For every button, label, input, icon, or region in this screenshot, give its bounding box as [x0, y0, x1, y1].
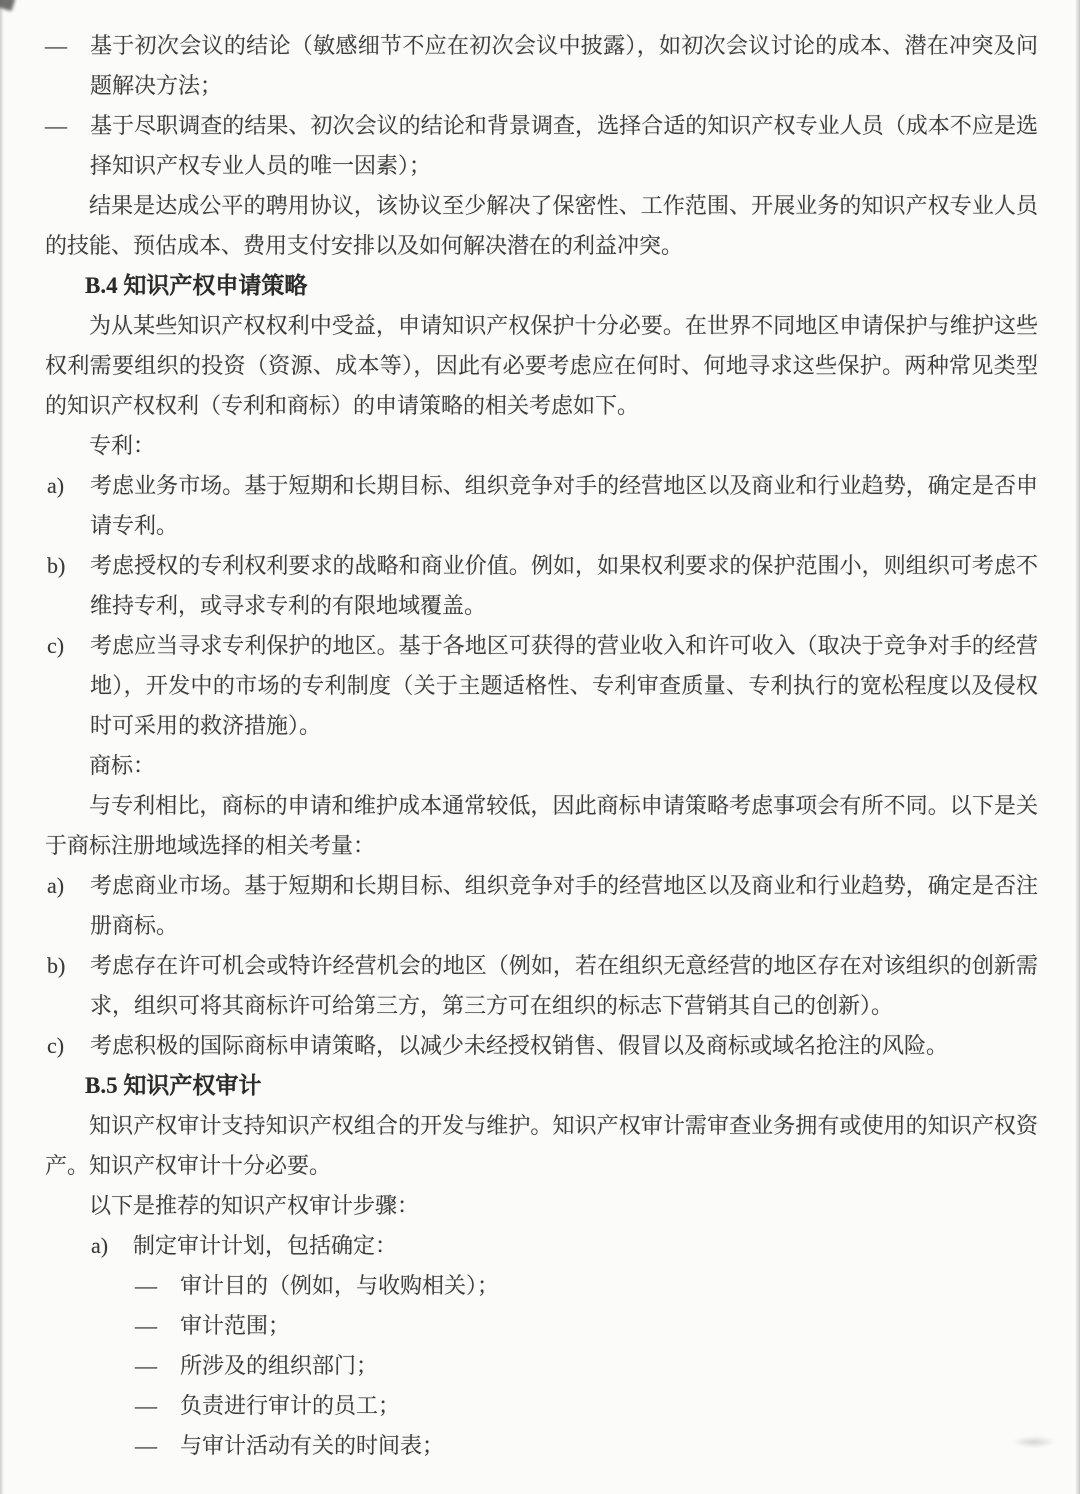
list-item-dash: — 基于尽职调查的结果、初次会议的结论和背景调查，选择合适的知识产权专业人员（成… [45, 106, 1038, 186]
list-item-text: 考虑业务市场。基于短期和长期目标、组织竞争对手的经营地区以及商业和行业趋势，确定… [90, 473, 1038, 538]
list-item-text: 考虑积极的国际商标申请策略，以减少未经授权销售、假冒以及商标或域名抢注的风险。 [90, 1033, 948, 1058]
dash-marker: — [45, 106, 67, 146]
list-item-text: 考虑应当寻求专利保护的地区。基于各地区可获得的营业收入和许可收入（取决于竞争对手… [90, 633, 1038, 738]
list-item-text: 与审计活动有关的时间表； [180, 1433, 444, 1458]
patent-label: 专利： [89, 426, 1038, 466]
list-item-text: 制定审计计划，包括确定： [133, 1233, 397, 1258]
alpha-marker: a) [47, 866, 64, 906]
list-item-text: 审计范围； [180, 1313, 290, 1338]
alpha-marker: c) [47, 626, 64, 666]
list-item-alpha: a) 考虑商业市场。基于短期和长期目标、组织竞争对手的经营地区以及商业和行业趋势… [45, 866, 1038, 946]
list-item-subdash: — 负责进行审计的员工； [45, 1386, 1038, 1426]
list-item-text: 基于尽职调查的结果、初次会议的结论和背景调查，选择合适的知识产权专业人员（成本不… [90, 113, 1038, 178]
list-item-text: 考虑商业市场。基于短期和长期目标、组织竞争对手的经营地区以及商业和行业趋势，确定… [90, 873, 1038, 938]
dash-marker: — [45, 26, 67, 66]
dash-marker: — [135, 1386, 157, 1426]
section-heading-b4: B.4 知识产权申请策略 [85, 266, 1038, 306]
list-item-alpha: b) 考虑授权的专利权利要求的战略和商业价值。例如，如果权利要求的保护范围小，则… [45, 546, 1038, 626]
list-item-text: 基于初次会议的结论（敏感细节不应在初次会议中披露），如初次会议讨论的成本、潜在冲… [90, 33, 1038, 98]
list-item-subdash: — 审计范围； [45, 1306, 1038, 1346]
paragraph: 知识产权审计支持知识产权组合的开发与维护。知识产权审计需审查业务拥有或使用的知识… [45, 1106, 1038, 1186]
alpha-marker: c) [47, 1026, 64, 1066]
paragraph: 与专利相比，商标的申请和维护成本通常较低，因此商标申请策略考虑事项会有所不同。以… [45, 786, 1038, 866]
paragraph: 为从某些知识产权权利中受益，申请知识产权保护十分必要。在世界不同地区申请保护与维… [45, 306, 1038, 426]
section-heading-b5: B.5 知识产权审计 [85, 1066, 1038, 1106]
dash-marker: — [135, 1266, 157, 1306]
list-item-alpha: c) 考虑应当寻求专利保护的地区。基于各地区可获得的营业收入和许可收入（取决于竞… [45, 626, 1038, 746]
list-item-subdash: — 所涉及的组织部门； [45, 1346, 1038, 1386]
list-item-alpha: a) 考虑业务市场。基于短期和长期目标、组织竞争对手的经营地区以及商业和行业趋势… [45, 466, 1038, 546]
alpha-marker: b) [47, 946, 65, 986]
document-body: — 基于初次会议的结论（敏感细节不应在初次会议中披露），如初次会议讨论的成本、潜… [0, 0, 1080, 1466]
dash-marker: — [135, 1346, 157, 1386]
alpha-marker: a) [91, 1226, 108, 1266]
paragraph: 结果是达成公平的聘用协议，该协议至少解决了保密性、工作范围、开展业务的知识产权专… [45, 186, 1038, 266]
list-item-subdash: — 审计目的（例如，与收购相关）； [45, 1266, 1038, 1306]
list-item-text: 所涉及的组织部门； [180, 1353, 378, 1378]
dash-marker: — [135, 1426, 157, 1466]
list-item-text: 负责进行审计的员工； [180, 1393, 400, 1418]
list-item-text: 考虑存在许可机会或特许经营机会的地区（例如，若在组织无意经营的地区存在对该组织的… [90, 953, 1038, 1018]
list-item-alpha: c) 考虑积极的国际商标申请策略，以减少未经授权销售、假冒以及商标或域名抢注的风… [45, 1026, 1038, 1066]
list-item-dash: — 基于初次会议的结论（敏感细节不应在初次会议中披露），如初次会议讨论的成本、潜… [45, 26, 1038, 106]
list-item-text: 审计目的（例如，与收购相关）； [180, 1273, 499, 1298]
dash-marker: — [135, 1306, 157, 1346]
document-page: — 基于初次会议的结论（敏感细节不应在初次会议中披露），如初次会议讨论的成本、潜… [0, 0, 1080, 1494]
list-item-text: 考虑授权的专利权利要求的战略和商业价值。例如，如果权利要求的保护范围小，则组织可… [90, 553, 1038, 618]
list-item-subdash: — 与审计活动有关的时间表； [45, 1426, 1038, 1466]
alpha-marker: b) [47, 546, 65, 586]
list-item-alpha: a) 制定审计计划，包括确定： [45, 1226, 1038, 1266]
trademark-label: 商标： [89, 746, 1038, 786]
paragraph: 以下是推荐的知识产权审计步骤： [45, 1186, 1038, 1226]
list-item-alpha: b) 考虑存在许可机会或特许经营机会的地区（例如，若在组织无意经营的地区存在对该… [45, 946, 1038, 1026]
alpha-marker: a) [47, 466, 64, 506]
